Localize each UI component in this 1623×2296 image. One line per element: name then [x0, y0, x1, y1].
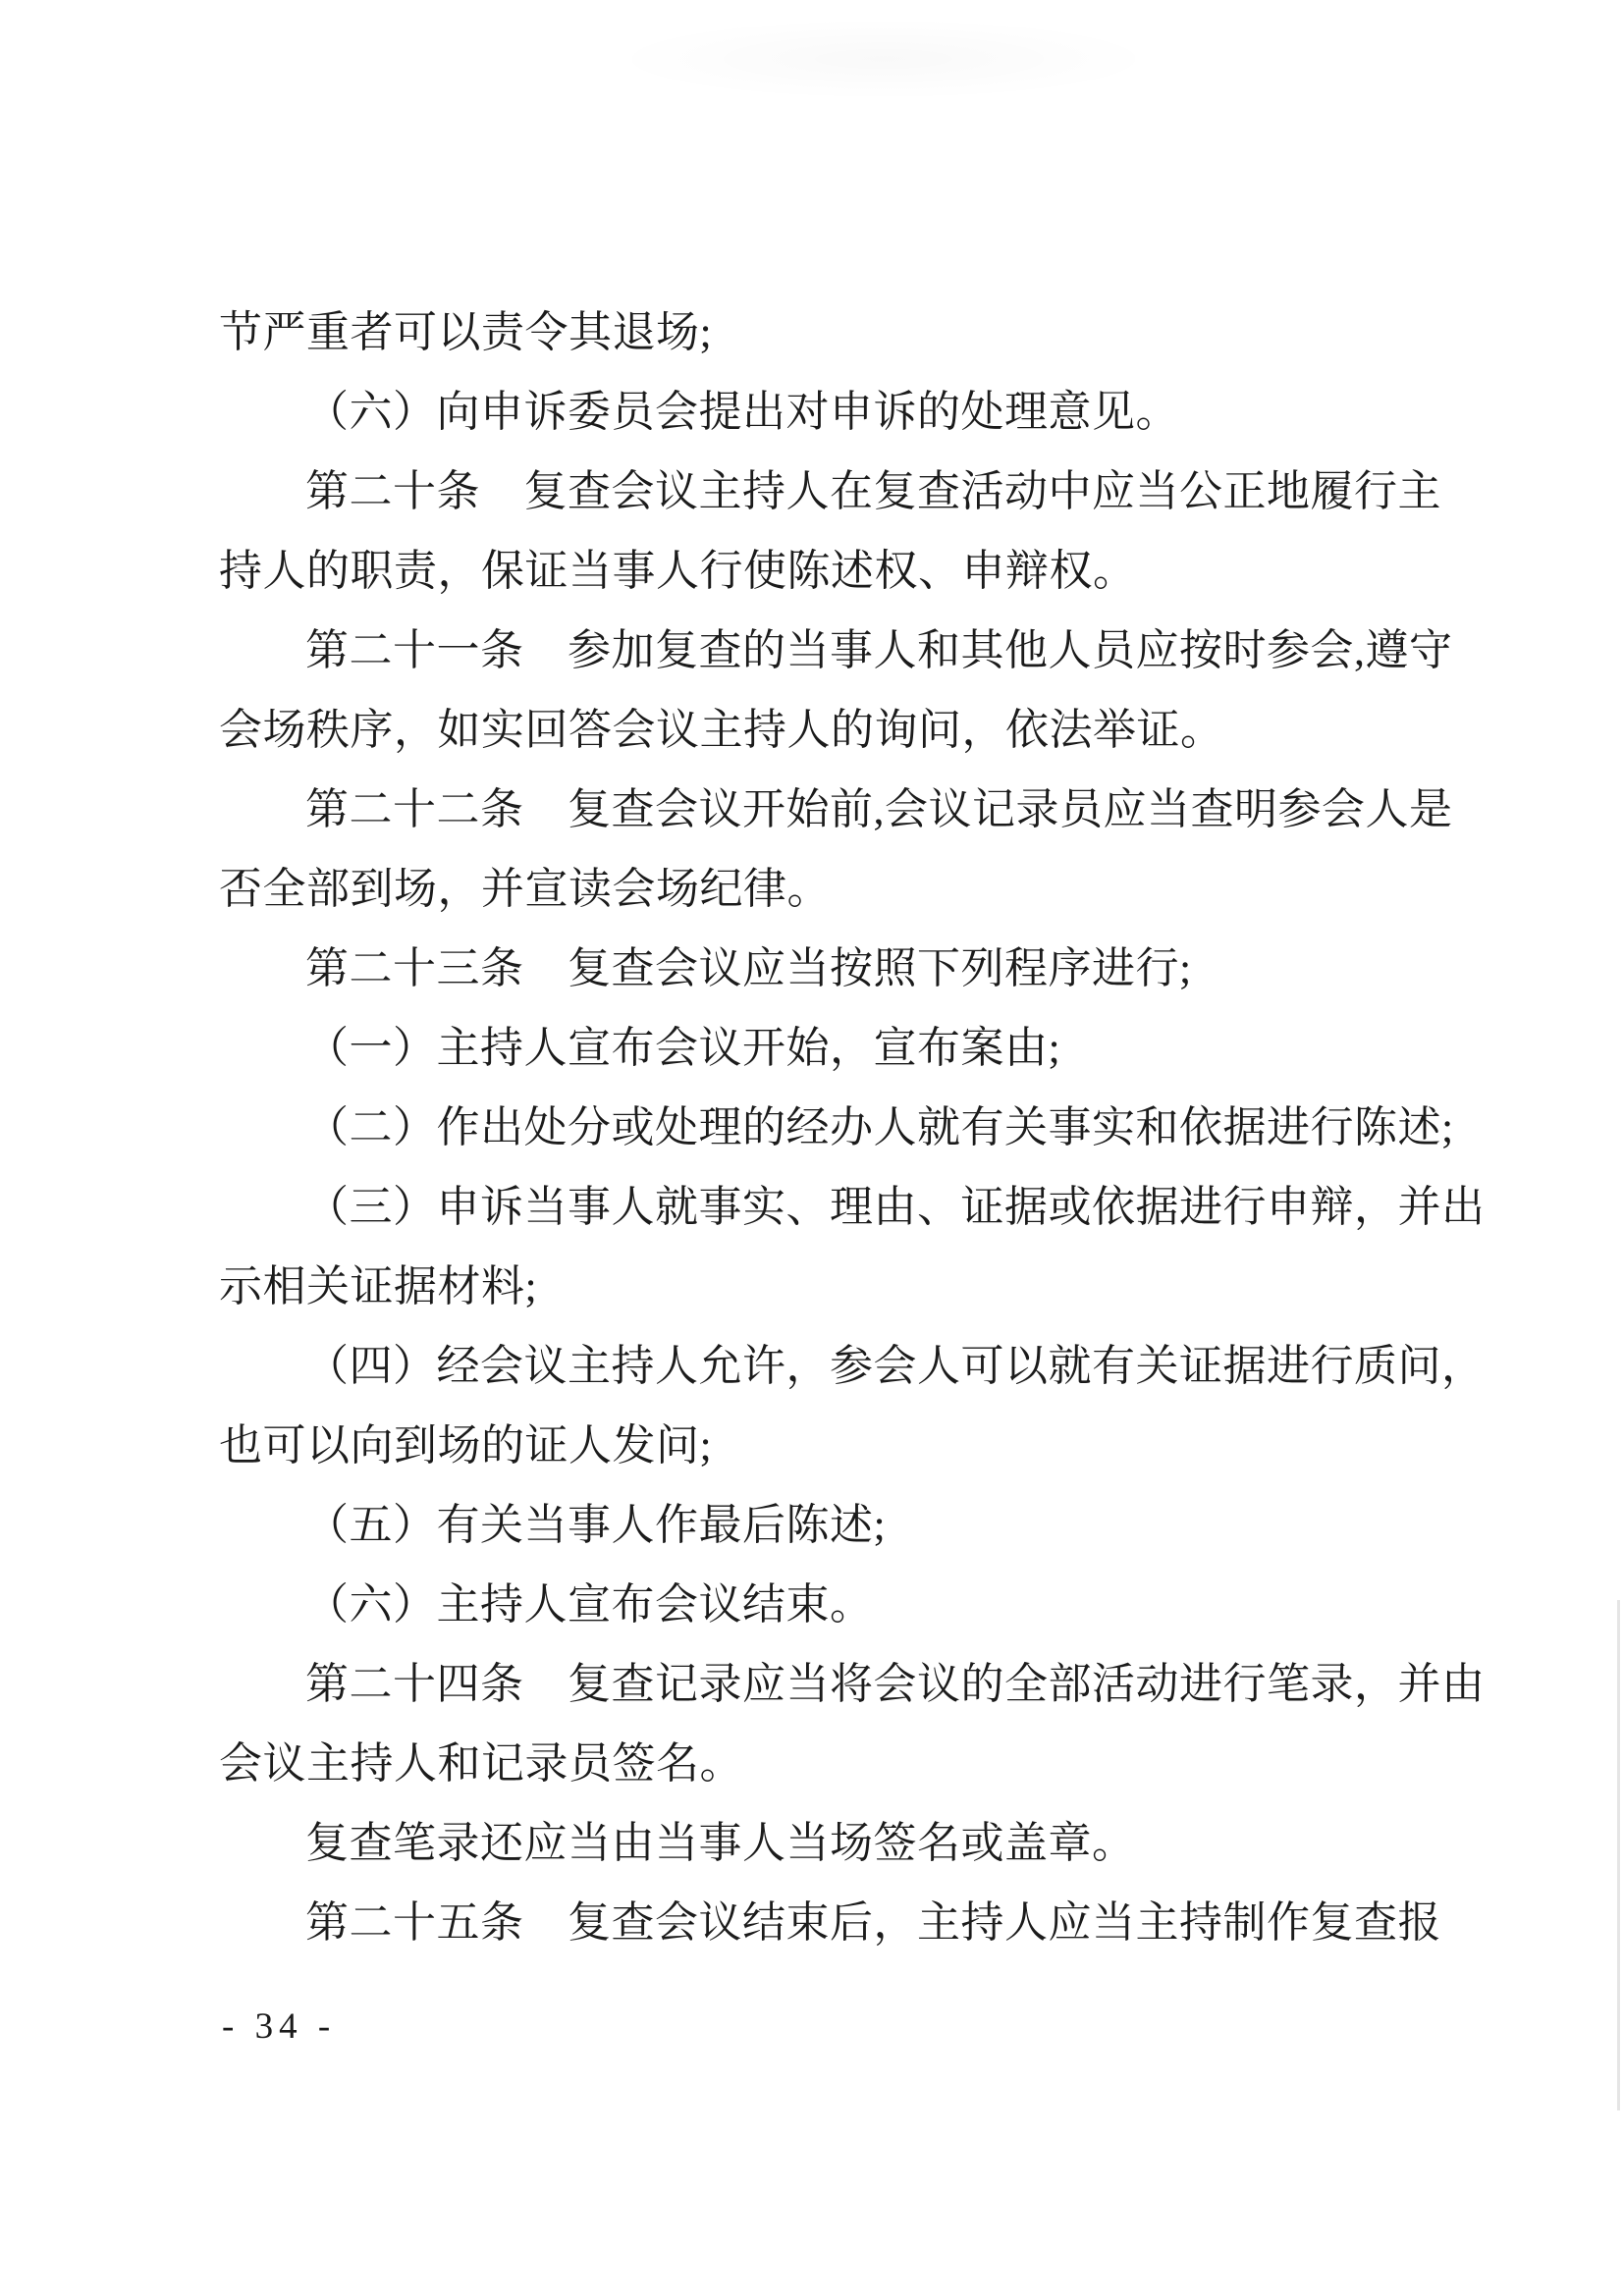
text-line: （二）作出处分或处理的经办人就有关事实和依据进行陈述; — [219, 1088, 1476, 1167]
text-line: 否全部到场，并宣读会场纪律。 — [219, 849, 1476, 929]
text-line: （五）有关当事人作最后陈述; — [219, 1485, 1476, 1565]
text-line: 第二十四条 复查记录应当将会议的全部活动进行笔录，并由 — [219, 1644, 1476, 1724]
text-line: （六）主持人宣布会议结束。 — [219, 1565, 1476, 1644]
page-number: - 34 - — [222, 2002, 336, 2052]
text-line: 第二十三条 复查会议应当按照下列程序进行; — [219, 929, 1476, 1008]
document-page: 节严重者可以责令其退场; （六）向申诉委员会提出对申诉的处理意见。 第二十条 复… — [0, 0, 1623, 2296]
text-line: 节严重者可以责令其退场; — [219, 293, 1476, 372]
text-line: （一）主持人宣布会议开始，宣布案由; — [219, 1008, 1476, 1088]
text-line: 第二十一条 参加复查的当事人和其他人员应按时参会,遵守 — [219, 611, 1476, 690]
text-line: 第二十条 复查会议主持人在复查活动中应当公正地履行主 — [219, 452, 1476, 531]
text-line: 会场秩序，如实回答会议主持人的询问，依法举证。 — [219, 690, 1476, 770]
scan-edge-artifact — [1617, 1600, 1620, 2110]
text-line: （三）申诉当事人就事实、理由、证据或依据进行申辩，并出 — [219, 1167, 1476, 1247]
document-body: 节严重者可以责令其退场; （六）向申诉委员会提出对申诉的处理意见。 第二十条 复… — [219, 293, 1476, 1962]
text-line: （六）向申诉委员会提出对申诉的处理意见。 — [219, 372, 1476, 452]
text-line: （四）经会议主持人允许，参会人可以就有关证据进行质问， — [219, 1326, 1476, 1406]
text-line: 也可以向到场的证人发问; — [219, 1406, 1476, 1485]
text-line: 第二十二条 复查会议开始前,会议记录员应当查明参会人是 — [219, 770, 1476, 849]
text-line: 第二十五条 复查会议结束后，主持人应当主持制作复查报 — [219, 1883, 1476, 1962]
text-line: 示相关证据材料; — [219, 1247, 1476, 1326]
text-line: 复查笔录还应当由当事人当场签名或盖章。 — [219, 1803, 1476, 1883]
text-line: 持人的职责，保证当事人行使陈述权、申辩权。 — [219, 531, 1476, 611]
text-line: 会议主持人和记录员签名。 — [219, 1724, 1476, 1803]
